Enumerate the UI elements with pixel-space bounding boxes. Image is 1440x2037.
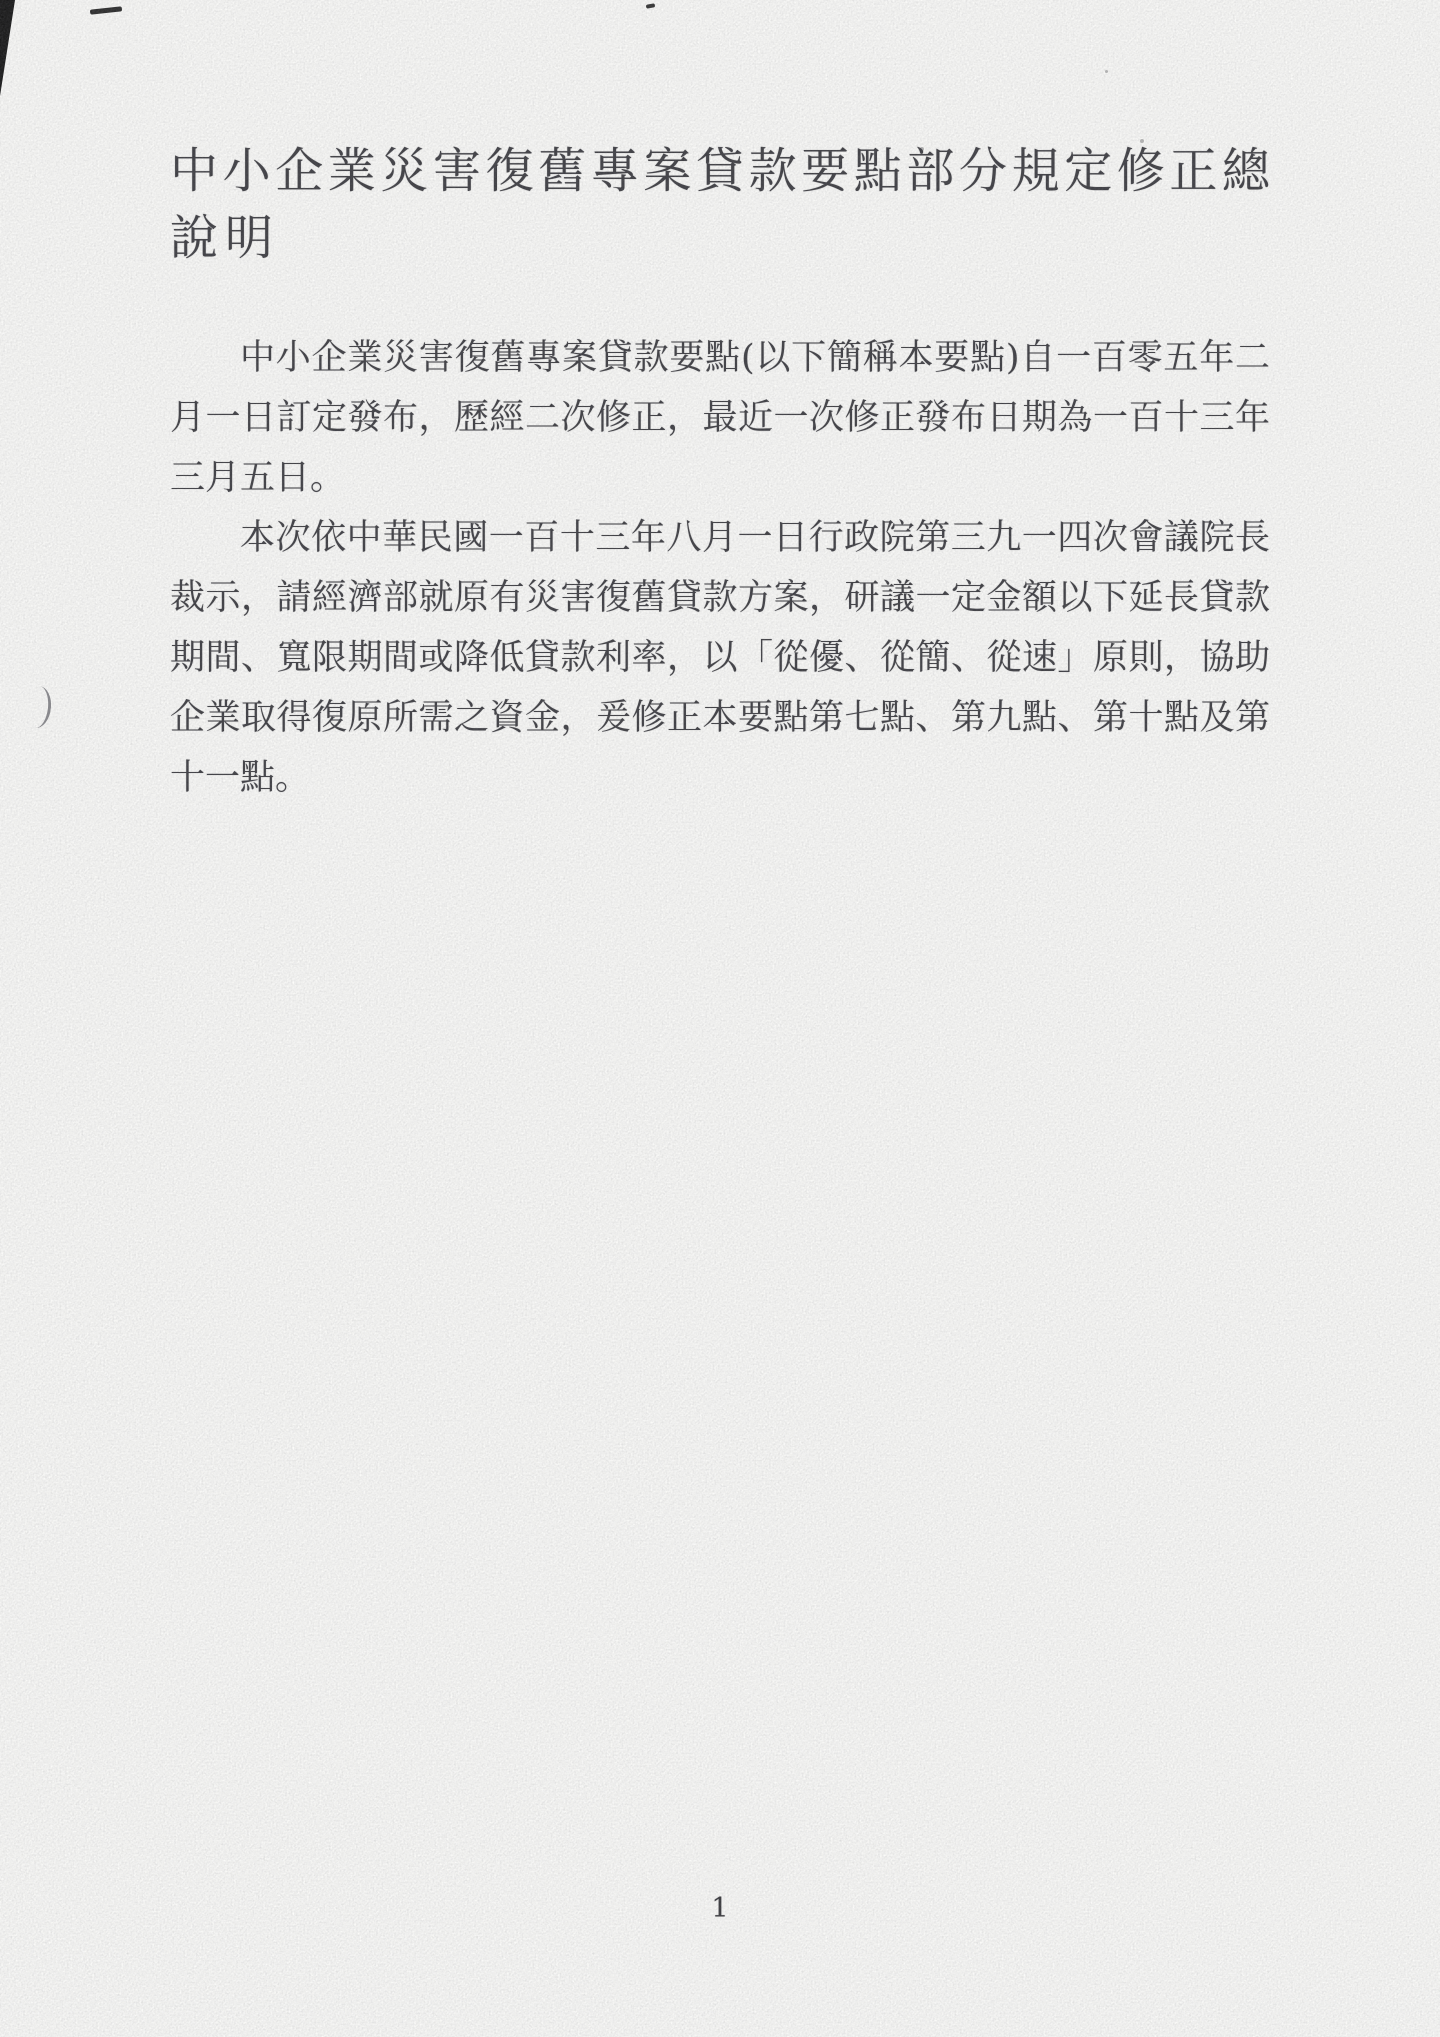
title-line-2: 說明 [170, 205, 1270, 272]
page-number: 1 [0, 1893, 1440, 1924]
paragraph-line: 十一點。 [170, 748, 1270, 808]
paragraph-1: 中小企業災害復舊專案貸款要點(以下簡稱本要點)自一百零五年二 月一日訂定發布，歷… [170, 328, 1270, 508]
document-title: 中小企業災害復舊專案貸款要點部分規定修正總 說明 [170, 138, 1270, 272]
scan-artifact-margin-curve [22, 685, 53, 730]
paragraph-line: 裁示，請經濟部就原有災害復舊貸款方案，研議一定金額以下延長貸款 [170, 568, 1270, 628]
scan-artifact-top-dash [90, 6, 122, 14]
scanned-document-page: 中小企業災害復舊專案貸款要點部分規定修正總 說明 中小企業災害復舊專案貸款要點(… [0, 0, 1440, 2037]
paragraph-line: 三月五日。 [170, 448, 1270, 508]
scan-artifact-dot [1105, 70, 1108, 73]
paragraph-line: 月一日訂定發布，歷經二次修正，最近一次修正發布日期為一百十三年 [170, 388, 1270, 448]
title-line-1: 中小企業災害復舊專案貸款要點部分規定修正總 [170, 138, 1270, 205]
paragraph-line: 企業取得復原所需之資金，爰修正本要點第七點、第九點、第十點及第 [170, 688, 1270, 748]
paragraph-line: 中小企業災害復舊專案貸款要點(以下簡稱本要點)自一百零五年二 [170, 328, 1270, 388]
scan-artifact-corner-shadow [0, 0, 15, 96]
paragraph-2: 本次依中華民國一百十三年八月一日行政院第三九一四次會議院長 裁示，請經濟部就原有… [170, 508, 1270, 808]
paragraph-line: 期間、寬限期間或降低貸款利率，以「從優、從簡、從速」原則，協助 [170, 628, 1270, 688]
document-content: 中小企業災害復舊專案貸款要點部分規定修正總 說明 中小企業災害復舊專案貸款要點(… [170, 138, 1270, 808]
document-body: 中小企業災害復舊專案貸款要點(以下簡稱本要點)自一百零五年二 月一日訂定發布，歷… [170, 328, 1270, 808]
paragraph-line: 本次依中華民國一百十三年八月一日行政院第三九一四次會議院長 [170, 508, 1270, 568]
scan-artifact-top-speck [646, 3, 656, 9]
